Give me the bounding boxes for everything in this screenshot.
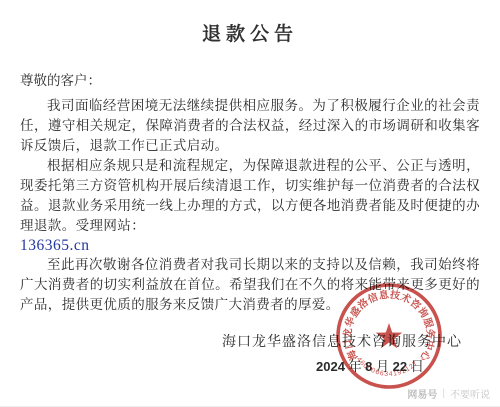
paragraph-2: 根据相应条规只是和流程规定，为保障退款进程的公平、公正与透明，现委托第三方资管机… bbox=[0, 156, 500, 236]
page-title: 退款公告 bbox=[0, 0, 500, 46]
issue-date-month: 8 bbox=[365, 359, 372, 374]
refund-notice-document: 退款公告 尊敬的客户： 我司面临经营困境无法继续提供相应服务。为了积极履行企业的… bbox=[0, 0, 500, 407]
issue-date-month-unit: 月 bbox=[376, 359, 390, 374]
company-name: 海口龙华盛洛信息技术咨询服务中心 bbox=[0, 331, 500, 351]
issue-date-year-unit: 年 bbox=[348, 359, 362, 374]
issue-date-day-unit: 日 bbox=[411, 359, 425, 374]
watermark-platform-logo: 网易号 bbox=[407, 386, 437, 401]
issue-date-day: 22 bbox=[393, 359, 407, 374]
salutation: 尊敬的客户： bbox=[0, 69, 500, 89]
paragraph-3: 至此再次敬谢各位消费者对我司长期以来的支持以及信赖，我司始终将广大消费者的切实利… bbox=[0, 255, 500, 315]
watermark-account-name: 不要听说 bbox=[450, 386, 490, 401]
watermark-divider: | bbox=[442, 388, 445, 399]
paragraph-1: 我司面临经营困境无法继续提供相应服务。为了积极履行企业的社会责任，遵守相关规定，… bbox=[0, 96, 500, 156]
refund-site-link[interactable]: 136365.cn bbox=[20, 237, 90, 254]
issue-date-year: 2024 bbox=[316, 359, 345, 374]
refund-site-line: 136365.cn bbox=[0, 236, 500, 255]
signature-block: 海口龙华盛洛信息技术咨询服务中心 2024 年 8 月 22 日 bbox=[0, 331, 500, 375]
watermark: 网易号 | 不要听说 bbox=[407, 386, 490, 401]
issue-date: 2024 年 8 月 22 日 bbox=[0, 355, 500, 375]
